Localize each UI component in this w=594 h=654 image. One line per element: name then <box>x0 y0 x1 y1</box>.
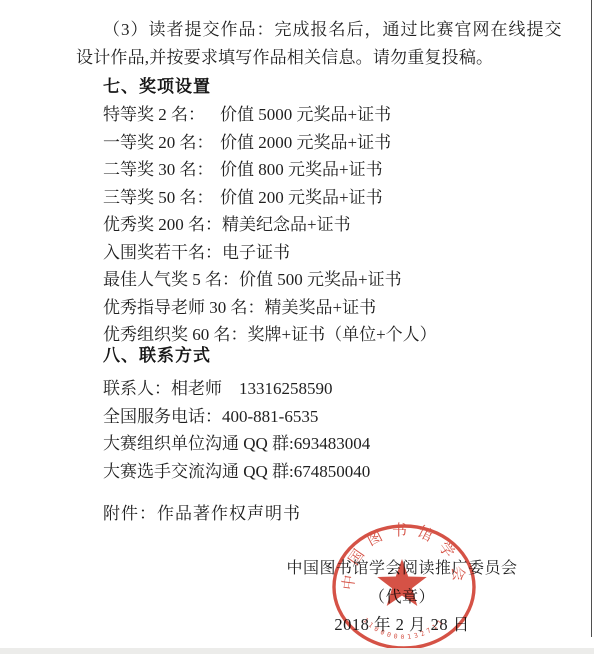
award-prize: 精美奖品+证书 <box>265 298 377 317</box>
page-right-edge <box>591 0 593 637</box>
award-name: 优秀组织奖 60 名： <box>103 320 248 345</box>
award-row: 特等奖 2 名：价值 5000 元奖品+证书 <box>103 100 391 125</box>
official-seal-stamp: 中国图书馆学会 1100000132711 <box>330 521 480 653</box>
award-row: 二等奖 30 名：价值 800 元奖品+证书 <box>103 155 383 180</box>
document-page: （3）读者提交作品：完成报名后，通过比赛官网在线提交 设计作品,并按要求填写作品… <box>0 0 594 654</box>
award-name: 一等奖 20 名： <box>103 128 220 153</box>
award-prize: 电子证书 <box>222 243 290 262</box>
award-row: 优秀奖 200 名：精美纪念品+证书 <box>103 210 351 235</box>
award-row: 优秀组织奖 60 名：奖牌+证书（单位+个人） <box>103 320 437 345</box>
award-row: 一等奖 20 名：价值 2000 元奖品+证书 <box>103 128 391 153</box>
attachment-line: 附件：作品著作权声明书 <box>103 504 301 524</box>
award-row: 三等奖 50 名：价值 200 元奖品+证书 <box>103 183 383 208</box>
award-prize: 奖牌+证书（单位+个人） <box>248 325 437 344</box>
award-name: 二等奖 30 名： <box>103 155 220 180</box>
service-phone-line: 全国服务电话：400-881-6535 <box>103 402 318 427</box>
award-row: 入围奖若干名：电子证书 <box>103 238 290 263</box>
paragraph-line-2: 设计作品,并按要求填写作品相关信息。请勿重复投稿。 <box>76 48 493 68</box>
award-name: 最佳人气奖 5 名： <box>103 265 239 290</box>
paragraph-line-1: （3）读者提交作品：完成报名后，通过比赛官网在线提交 <box>103 20 563 40</box>
award-name: 特等奖 2 名： <box>103 100 220 125</box>
award-prize: 价值 5000 元奖品+证书 <box>220 105 391 124</box>
seal-star-icon <box>377 559 426 606</box>
award-prize: 价值 2000 元奖品+证书 <box>220 133 391 152</box>
award-name: 三等奖 50 名： <box>103 183 220 208</box>
contact-person-line: 联系人：相老师 13316258590 <box>103 374 333 399</box>
award-name: 优秀指导老师 30 名： <box>103 293 265 318</box>
seal-serial-number: 1100000132711 <box>362 616 447 641</box>
organizer-qq-line: 大赛组织单位沟通 QQ 群:693483004 <box>103 429 370 454</box>
participant-qq-line: 大赛选手交流沟通 QQ 群:674850040 <box>103 457 370 482</box>
award-prize: 价值 200 元奖品+证书 <box>220 188 383 207</box>
award-prize: 精美纪念品+证书 <box>222 215 351 234</box>
award-prize: 价值 800 元奖品+证书 <box>220 160 383 179</box>
awards-section-title: 七、奖项设置 <box>103 77 211 97</box>
award-prize: 价值 500 元奖品+证书 <box>239 270 402 289</box>
contact-section-title: 八、联系方式 <box>103 346 211 366</box>
page-bottom-strip <box>0 648 594 654</box>
award-name: 入围奖若干名： <box>103 238 222 263</box>
award-name: 优秀奖 200 名： <box>103 210 222 235</box>
award-row: 优秀指导老师 30 名：精美奖品+证书 <box>103 293 376 318</box>
award-row: 最佳人气奖 5 名：价值 500 元奖品+证书 <box>103 265 402 290</box>
